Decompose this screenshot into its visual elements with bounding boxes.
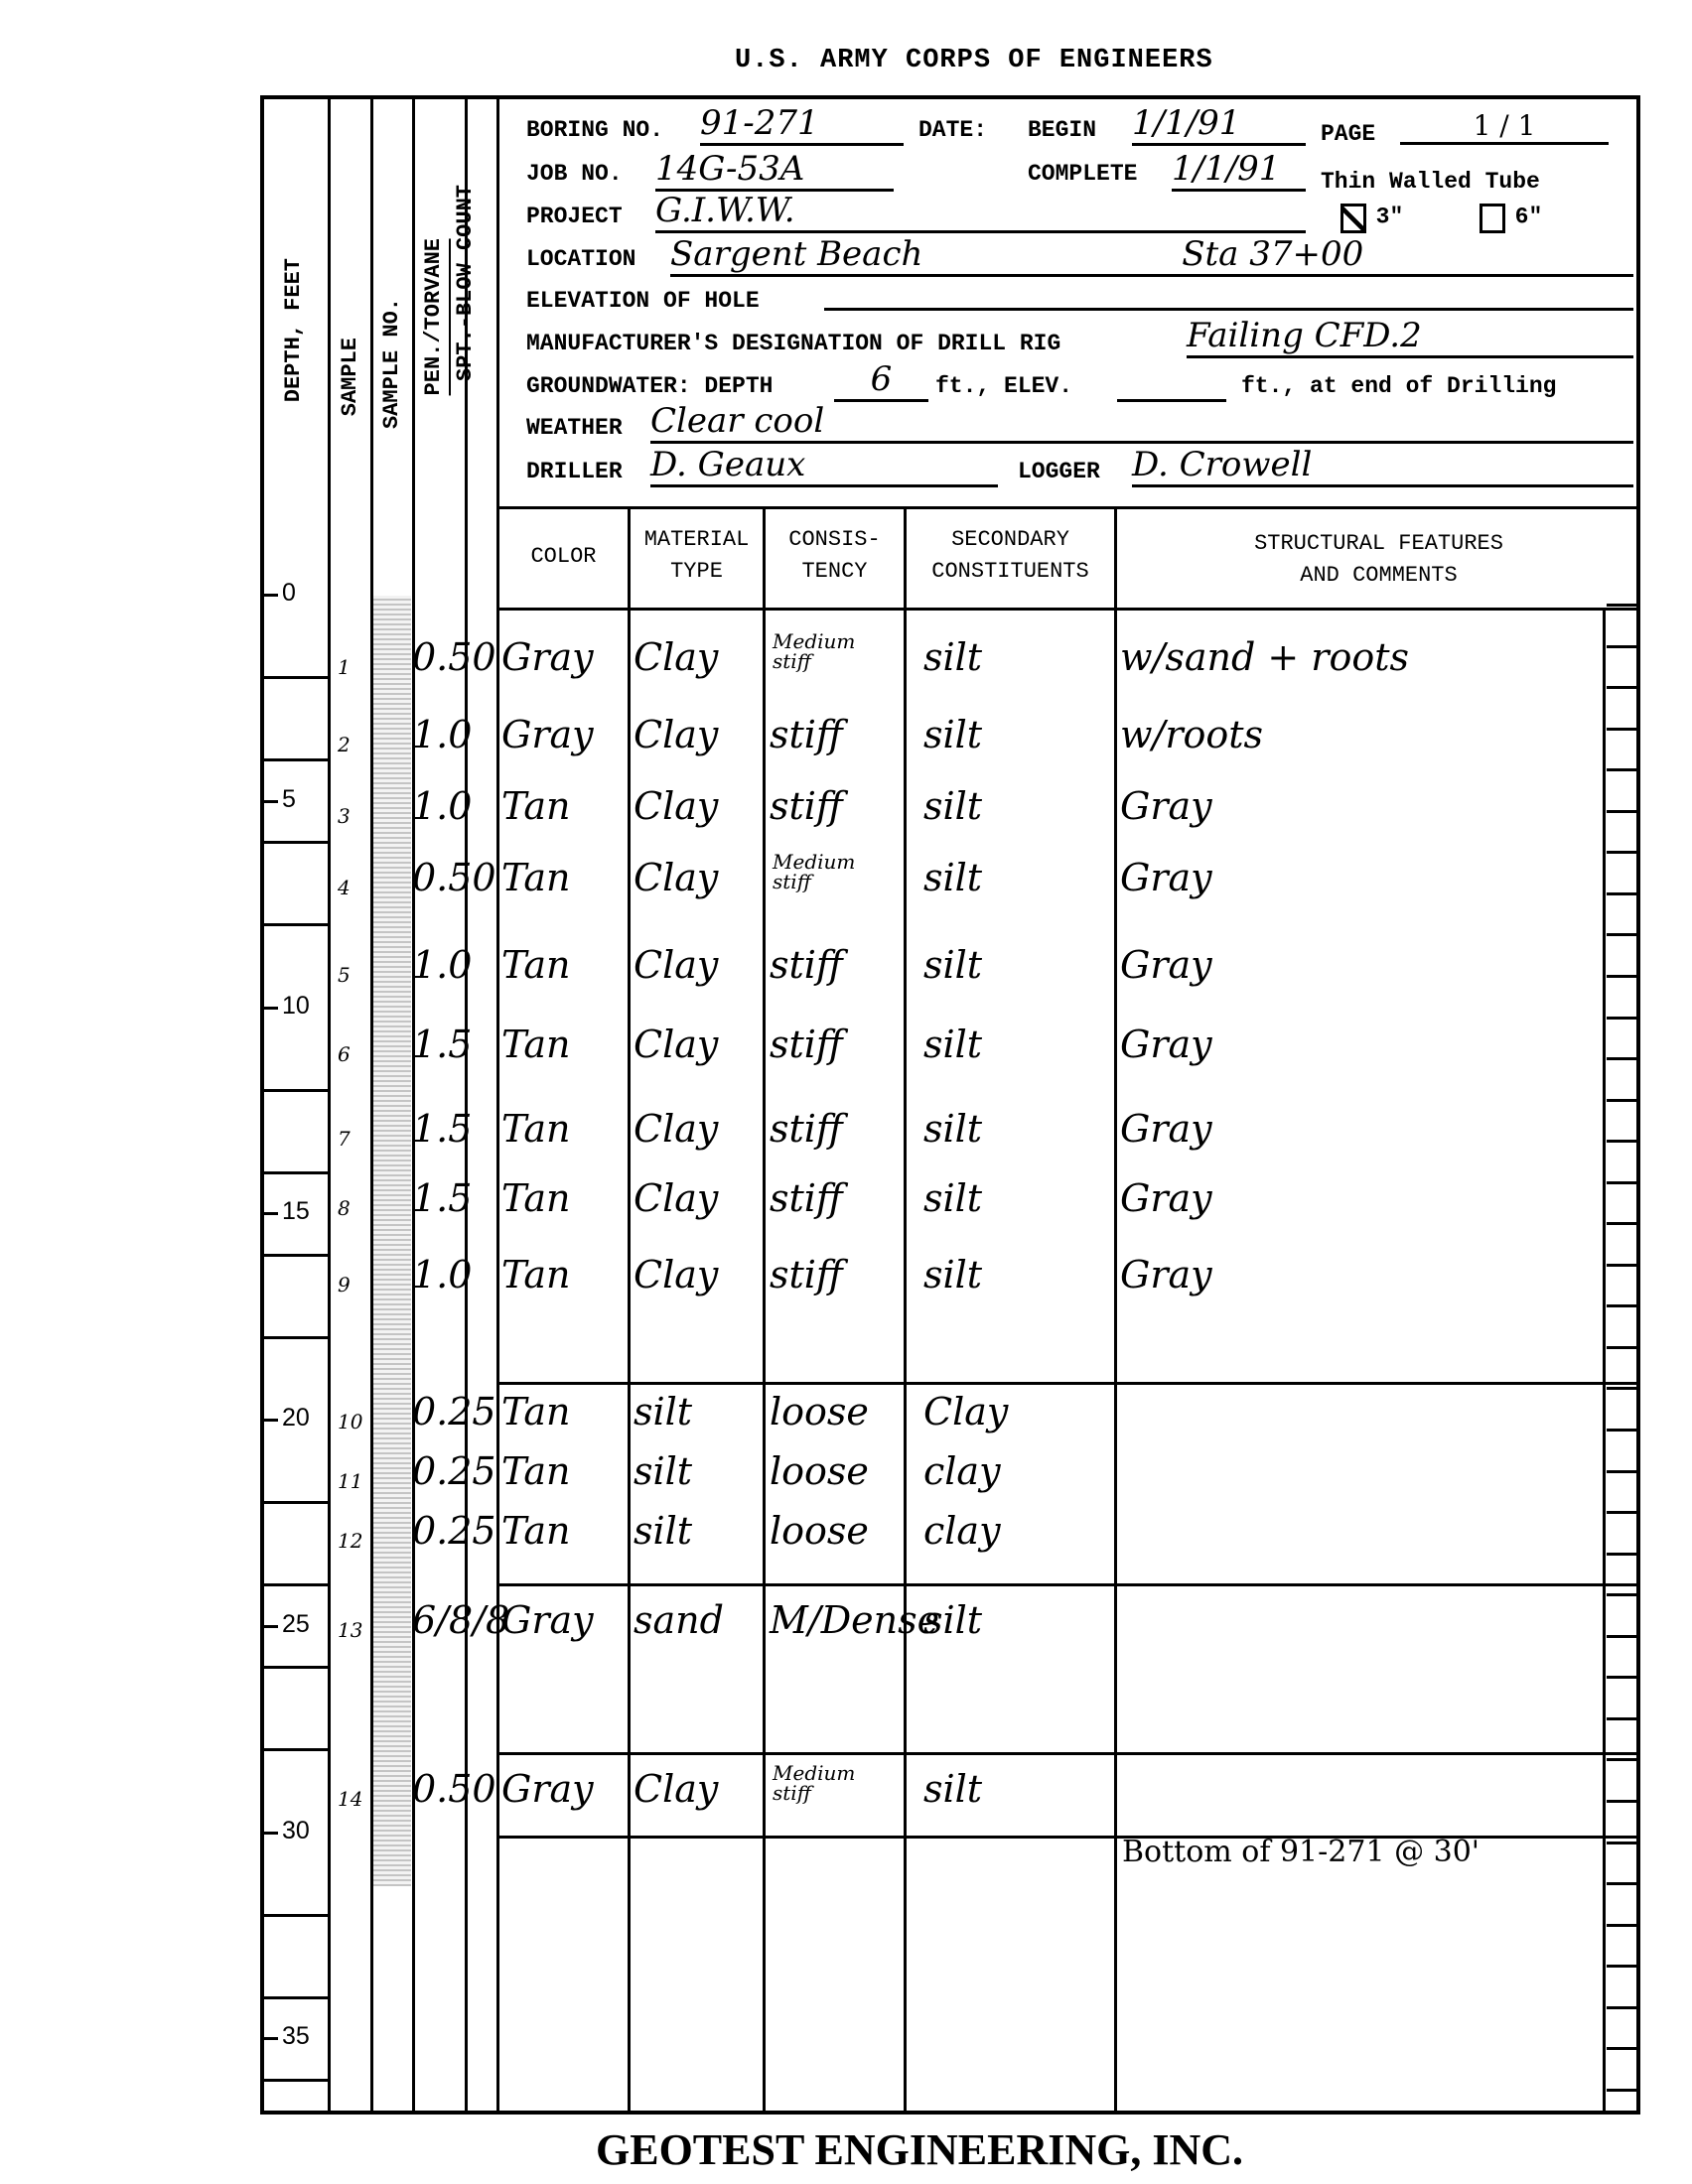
right-tick (1607, 1017, 1636, 1020)
depth-tick (264, 1336, 328, 1339)
groundwater-label: GROUNDWATER: DEPTH (526, 373, 773, 399)
sample-column-shading (373, 596, 411, 1886)
secondary-value: silt (923, 1253, 982, 1297)
driller-field[interactable]: D. Geaux (650, 445, 998, 487)
col-spt-header: SPT.-BLOW COUNT (453, 185, 478, 381)
pen-value: 0.25 (412, 1449, 496, 1493)
right-tick (1607, 686, 1636, 689)
right-tick (1607, 1717, 1636, 1720)
col-color-header: COLOR (499, 541, 628, 573)
comments-value: Gray (1120, 1176, 1212, 1220)
material-value: Clay (634, 1176, 718, 1220)
right-tick (1607, 604, 1636, 607)
secondary-value: silt (923, 635, 982, 679)
comments-value: Gray (1120, 856, 1212, 899)
logger-field[interactable]: D. Crowell (1132, 445, 1633, 487)
color-value: Tan (501, 1449, 571, 1493)
pen-value: 0.25 (412, 1509, 496, 1553)
pen-value: 0.50 (412, 1767, 496, 1811)
secondary-value: silt (923, 713, 982, 756)
company-footer: GEOTEST ENGINEERING, INC. (596, 2124, 1243, 2175)
right-tick (1607, 1758, 1636, 1761)
material-value: Clay (634, 1767, 718, 1811)
right-tick (1607, 1140, 1636, 1143)
depth-tick (264, 1419, 278, 1422)
sample-no: 10 (338, 1410, 362, 1433)
job-no-label: JOB NO. (526, 161, 623, 187)
pen-value: 1.5 (412, 1176, 472, 1220)
pen-value: 0.25 (412, 1390, 496, 1433)
divider (628, 506, 631, 2115)
color-value: Gray (501, 635, 594, 679)
depth-tick (264, 1583, 328, 1586)
checkbox-3in[interactable] (1340, 204, 1366, 233)
depth-tick (264, 1212, 278, 1215)
consistency-value: stiff (770, 1107, 843, 1151)
color-value: Tan (501, 1176, 571, 1220)
location-value: Sargent Beach (670, 234, 922, 274)
job-no-field[interactable]: 14G-53A (655, 149, 894, 192)
col-depth-header: DEPTH, FEET (281, 258, 306, 402)
depth-label: 25 (282, 1610, 310, 1639)
depth-tick (264, 1089, 328, 1092)
right-tick (1607, 810, 1636, 813)
color-value: Tan (501, 1253, 571, 1297)
depth-label: 5 (282, 785, 296, 814)
depth-label: 15 (282, 1197, 310, 1226)
option-3in[interactable]: 3" (1340, 204, 1403, 233)
depth-label: 20 (282, 1404, 310, 1433)
color-value: Tan (501, 1390, 571, 1433)
page-label: PAGE (1321, 121, 1375, 147)
consistency-value: stiff (770, 943, 843, 987)
ft-elev-label: ft., ELEV. (935, 373, 1072, 399)
pen-value: 1.0 (412, 1253, 472, 1297)
option-6in[interactable]: 6" (1480, 204, 1542, 233)
secondary-value: silt (923, 1767, 982, 1811)
divider (763, 506, 766, 2115)
organization-title: U.S. ARMY CORPS OF ENGINEERS (735, 46, 1213, 75)
color-value: Tan (501, 1107, 571, 1151)
right-tick (1607, 1635, 1636, 1638)
right-tick (1607, 2089, 1636, 2092)
divider (496, 608, 1640, 611)
consistency-value: stiff (770, 1176, 843, 1220)
project-label: PROJECT (526, 204, 623, 229)
right-tick (1607, 1965, 1636, 1968)
material-value: Clay (634, 856, 718, 899)
depth-tick (264, 1501, 328, 1504)
pen-value: 1.0 (412, 713, 472, 756)
divider (496, 506, 1640, 509)
sample-no: 9 (338, 1273, 351, 1297)
consistency-value: Medium stiff (773, 852, 882, 891)
col-sample-header: SAMPLE (338, 338, 362, 416)
weather-label: WEATHER (526, 415, 623, 441)
depth-tick (264, 594, 278, 597)
sample-no: 6 (338, 1042, 351, 1066)
consistency-value: stiff (770, 713, 843, 756)
depth-tick (264, 676, 328, 679)
elevation-field[interactable] (824, 282, 1633, 311)
groundwater-elev-field[interactable] (1117, 371, 1226, 402)
right-tick (1607, 1346, 1636, 1349)
sample-no: 4 (338, 876, 351, 899)
stratum-boundary (496, 1382, 1640, 1385)
depth-tick (264, 1914, 328, 1917)
sample-no: 13 (338, 1618, 362, 1642)
sample-no: 8 (338, 1196, 351, 1220)
right-tick (1607, 768, 1636, 771)
drill-rig-field[interactable]: Failing CFD.2 (1187, 316, 1633, 358)
comments-value: Gray (1120, 1107, 1212, 1151)
material-value: Clay (634, 1023, 718, 1066)
secondary-value: silt (923, 1598, 982, 1642)
depth-label: 30 (282, 1817, 310, 1845)
sampler-label: Thin Walled Tube (1321, 169, 1540, 195)
divider (1603, 608, 1606, 2115)
depth-label: 35 (282, 2022, 310, 2051)
complete-date-field[interactable]: 1/1/91 (1172, 149, 1306, 192)
divider (412, 95, 415, 2115)
secondary-value: silt (923, 1107, 982, 1151)
consistency-value: loose (770, 1390, 869, 1433)
color-value: Tan (501, 856, 571, 899)
boring-no-label: BORING NO. (526, 117, 663, 143)
divider (465, 95, 468, 2115)
depth-tick (264, 1254, 328, 1257)
material-value: Clay (634, 713, 718, 756)
depth-tick (264, 1666, 328, 1669)
color-value: Gray (501, 1767, 594, 1811)
sample-no: 3 (338, 804, 351, 828)
consistency-value: Medium stiff (773, 631, 882, 671)
secondary-value: silt (923, 784, 982, 828)
color-value: Tan (501, 943, 571, 987)
sample-no: 14 (338, 1787, 362, 1811)
checkbox-6in[interactable] (1480, 204, 1505, 233)
comments-value: w/sand + roots (1120, 635, 1409, 679)
color-value: Gray (501, 1598, 594, 1642)
comments-value: w/roots (1120, 713, 1263, 756)
material-value: Clay (634, 943, 718, 987)
right-tick (1607, 892, 1636, 895)
depth-tick (264, 800, 278, 803)
boring-no-field[interactable]: 91-271 (700, 103, 904, 146)
pen-value: 1.5 (412, 1023, 472, 1066)
right-tick (1607, 2047, 1636, 2050)
right-tick (1607, 1387, 1636, 1390)
pen-value: 0.50 (412, 635, 496, 679)
material-value: Clay (634, 784, 718, 828)
secondary-value: Clay (923, 1390, 1008, 1433)
divider (1114, 506, 1117, 2115)
col-sample-no-header: SAMPLE NO. (379, 298, 404, 429)
depth-tick (264, 1625, 278, 1628)
secondary-value: silt (923, 943, 982, 987)
sample-no: 5 (338, 963, 351, 987)
right-tick (1607, 1676, 1636, 1679)
col-pen-header: PEN./TORVANE (421, 238, 451, 395)
logger-label: LOGGER (1018, 459, 1100, 484)
secondary-value: clay (923, 1449, 1001, 1493)
depth-tick (264, 1007, 278, 1010)
material-value: silt (634, 1509, 692, 1553)
right-tick (1607, 1057, 1636, 1060)
material-value: Clay (634, 1253, 718, 1297)
depth-label: 10 (282, 992, 310, 1021)
col-structural-header: STRUCTURAL FEATURES AND COMMENTS (1117, 528, 1640, 592)
depth-tick (264, 2079, 328, 2082)
stratum-boundary (496, 1752, 1640, 1755)
consistency-value: Medium stiff (773, 1763, 882, 1803)
right-tick (1607, 645, 1636, 648)
drill-rig-label: MANUFACTURER'S DESIGNATION OF DRILL RIG (526, 331, 1060, 356)
bottom-of-boring-note: Bottom of 91-271 @ 30' (1122, 1835, 1480, 1869)
divider (904, 506, 907, 2115)
right-tick (1607, 2006, 1636, 2009)
right-tick (1607, 1181, 1636, 1184)
driller-label: DRILLER (526, 459, 623, 484)
consistency-value: loose (770, 1509, 869, 1553)
right-tick (1607, 1593, 1636, 1596)
consistency-value: M/Dense (770, 1598, 939, 1642)
consistency-value: loose (770, 1449, 869, 1493)
sample-no: 12 (338, 1529, 362, 1553)
divider (328, 95, 331, 2115)
right-tick (1607, 975, 1636, 978)
right-tick (1607, 1553, 1636, 1556)
depth-tick (264, 923, 328, 926)
begin-label: BEGIN (1028, 117, 1096, 143)
right-tick (1607, 1511, 1636, 1514)
end-of-drilling-label: ft., at end of Drilling (1241, 373, 1556, 399)
sample-no: 11 (338, 1469, 362, 1493)
material-value: Clay (634, 1107, 718, 1151)
divider (496, 95, 499, 2115)
right-tick (1607, 1800, 1636, 1803)
right-tick (1607, 1924, 1636, 1927)
sample-no: 7 (338, 1127, 351, 1151)
col-secondary-header: SECONDARY CONSTITUENTS (907, 524, 1114, 588)
weather-field[interactable]: Clear cool (650, 401, 1633, 444)
col-material-header: MATERIAL TYPE (631, 524, 763, 588)
stratum-boundary (496, 1583, 1640, 1586)
color-value: Tan (501, 1509, 571, 1553)
right-tick (1607, 933, 1636, 936)
groundwater-depth-field[interactable]: 6 (834, 359, 928, 402)
pen-value: 1.0 (412, 943, 472, 987)
sample-no: 2 (338, 733, 351, 756)
right-tick (1607, 1304, 1636, 1307)
consistency-value: stiff (770, 1023, 843, 1066)
sample-no: 1 (338, 655, 351, 679)
consistency-value: stiff (770, 784, 843, 828)
complete-label: COMPLETE (1028, 161, 1137, 187)
pen-value: 1.5 (412, 1107, 472, 1151)
location-field[interactable]: Sargent Beach Sta 37+00 (670, 234, 1633, 277)
secondary-value: silt (923, 1176, 982, 1220)
depth-tick (264, 1748, 328, 1751)
right-tick (1607, 1429, 1636, 1432)
depth-tick (264, 841, 328, 844)
right-tick (1607, 1264, 1636, 1267)
material-value: sand (634, 1598, 724, 1642)
color-value: Gray (501, 713, 594, 756)
secondary-value: silt (923, 856, 982, 899)
col-consistency-header: CONSIS- TENCY (766, 524, 904, 588)
right-tick (1607, 1099, 1636, 1102)
right-tick (1607, 1882, 1636, 1885)
secondary-value: clay (923, 1509, 1001, 1553)
begin-date-field[interactable]: 1/1/91 (1132, 103, 1306, 146)
station-value: Sta 37+00 (1182, 234, 1363, 274)
right-tick (1607, 728, 1636, 731)
right-tick (1607, 1470, 1636, 1473)
right-tick (1607, 1222, 1636, 1225)
color-value: Tan (501, 784, 571, 828)
depth-label: 0 (282, 579, 296, 608)
depth-tick (264, 1996, 328, 1999)
comments-value: Gray (1120, 1253, 1212, 1297)
pen-value: 0.50 (412, 856, 496, 899)
location-label: LOCATION (526, 246, 635, 272)
depth-tick (264, 2037, 278, 2040)
secondary-value: silt (923, 1023, 982, 1066)
comments-value: Gray (1120, 784, 1212, 828)
right-tick (1607, 851, 1636, 854)
elevation-label: ELEVATION OF HOLE (526, 288, 760, 314)
depth-tick (264, 1832, 278, 1835)
material-value: silt (634, 1390, 692, 1433)
project-field[interactable]: G.I.W.W. (655, 191, 1306, 233)
date-label: DATE: (918, 117, 987, 143)
consistency-value: stiff (770, 1253, 843, 1297)
material-value: Clay (634, 635, 718, 679)
page-field[interactable]: 1 / 1 (1400, 109, 1609, 145)
depth-tick (264, 758, 328, 761)
material-value: silt (634, 1449, 692, 1493)
pen-value: 1.0 (412, 784, 472, 828)
right-tick (1607, 1842, 1636, 1844)
comments-value: Gray (1120, 1023, 1212, 1066)
pen-value: 6/8/8 (412, 1598, 509, 1642)
color-value: Tan (501, 1023, 571, 1066)
comments-value: Gray (1120, 943, 1212, 987)
depth-tick (264, 1171, 328, 1174)
